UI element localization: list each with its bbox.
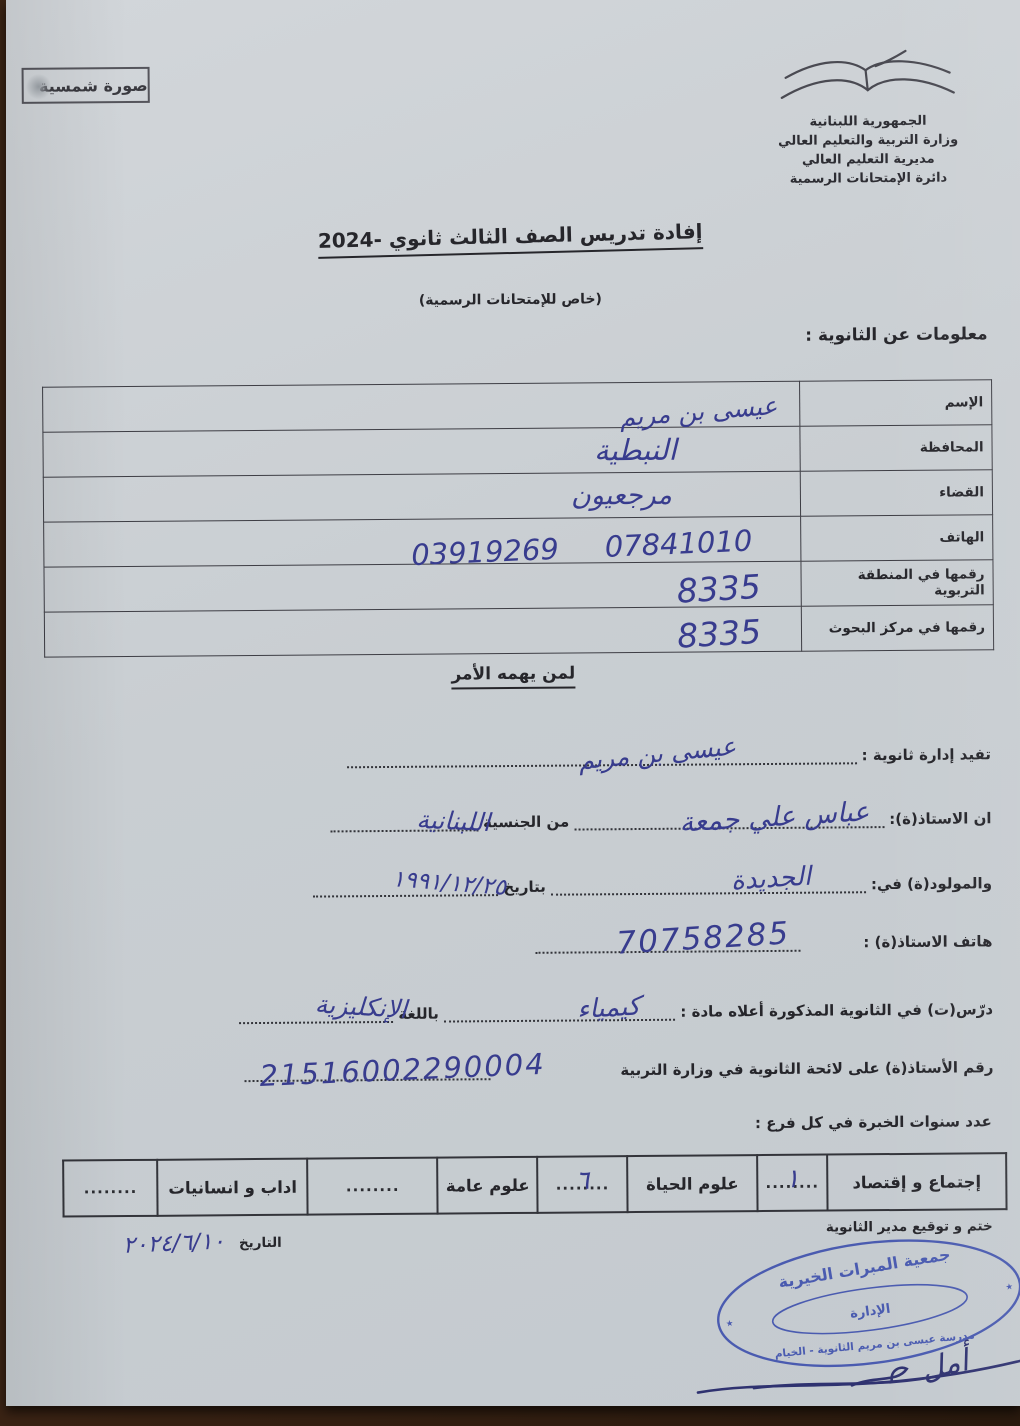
handwritten-language: الإنكليزية xyxy=(314,989,408,1024)
letterhead-line-republic: الجمهورية اللبنانية xyxy=(742,112,994,133)
open-book-logo-icon xyxy=(777,46,957,111)
dotted-line: كيمياء xyxy=(444,1015,675,1023)
branch-value-cell: ........ ١ xyxy=(757,1155,827,1212)
dotted-line: الجديدة xyxy=(551,887,866,895)
stamp-administration: الإدارة xyxy=(849,1302,891,1322)
principal-signature: أمل xyxy=(691,1324,1020,1422)
handwritten-governorate: النبطية xyxy=(51,432,791,472)
branch-label-life-sciences: علوم الحياة xyxy=(627,1155,758,1212)
teacher-phone-label: هاتف الاستاذ(ة) : xyxy=(863,933,992,951)
table-row: المحافظة النبطية xyxy=(43,425,992,477)
table-row: رقمها في المنطقة التربوية 8335 xyxy=(44,560,993,612)
registry-number-label: رقم الأستاذ(ة) على لائحة الثانوية في وزا… xyxy=(620,1059,993,1079)
school-info-table: الإسم عيسى بن مريم المحافظة النبطية القض… xyxy=(42,379,994,657)
table-row: إجتماع و إقتصاد ........ ١ علوم الحياة .… xyxy=(63,1153,1006,1216)
field-label-district: القضاء xyxy=(800,470,992,517)
paper-smudge xyxy=(26,74,52,100)
signature-flourish-stroke xyxy=(698,1360,1020,1393)
dotted-line: ١٩٩١/١٢/٢٥ xyxy=(313,890,498,897)
branch-value-cell: ........ xyxy=(63,1160,158,1217)
dotted-line: 70758285 xyxy=(535,946,800,954)
experience-heading: عدد سنوات الخبرة في كل فرع : xyxy=(755,1112,992,1132)
document-subtitle: (خاص للإمتحانات الرسمية) xyxy=(3,288,1017,312)
born-in-label: والمولود(ة) في: xyxy=(871,875,992,893)
photo-placeholder-box: صورة شمسية xyxy=(22,67,150,104)
field-label-governorate: المحافظة xyxy=(800,425,992,472)
experience-table: إجتماع و إقتصاد ........ ١ علوم الحياة .… xyxy=(62,1152,1007,1217)
handwritten-birthplace: الجديدة xyxy=(730,862,812,897)
school-admin-label: تفيد إدارة ثانوية : xyxy=(862,746,992,764)
statement-row-birth: والمولود(ة) في: الجديدة بتاريخ ١٩٩١/١٢/٢… xyxy=(308,862,992,897)
letterhead-line-ministry: وزارة التربية والتعليم العالي xyxy=(742,131,994,152)
branch-value-cell: ........ xyxy=(307,1158,438,1215)
photographed-document: صورة شمسية الجمهورية اللبنانية وزارة الت… xyxy=(0,0,1020,1426)
statement-row-school-admin: تفيد إدارة ثانوية : عيسى بن مريم xyxy=(342,733,991,768)
school-info-heading: معلومات عن الثانوية : xyxy=(805,324,988,345)
handwritten-birthdate: ١٩٩١/١٢/٢٥ xyxy=(391,866,507,901)
statement-row-subject: درّس(ت) في الثانوية المذكورة أعلاه مادة … xyxy=(234,988,993,1024)
letterhead-line-directorate: مديرية التعليم العالي xyxy=(742,150,994,171)
printed-dots: ........ xyxy=(346,1177,400,1195)
ministry-letterhead: الجمهورية اللبنانية وزارة التربية والتعل… xyxy=(741,46,994,189)
statement-row-teacher: ان الاستاذ(ة): عباس علي جمعة من الجنسية … xyxy=(325,797,991,832)
handwritten-teacher-phone: 70758285 xyxy=(616,915,792,961)
table-row: الهاتف 07841010 03919269 xyxy=(44,515,993,567)
handwritten-nationality: اللبنانية xyxy=(416,805,491,837)
handwritten-signature-name: أمل xyxy=(917,1339,977,1387)
letterhead-line-exams-dept: دائرة الإمتحانات الرسمية xyxy=(742,169,994,190)
dotted-line: 21516002290004 xyxy=(244,1074,490,1082)
branch-label-general-sciences: علوم عامة xyxy=(438,1157,538,1214)
document-title: إفادة تدريس الصف الثالث ثانوي -2024 xyxy=(317,219,702,259)
field-label-research-number: رقمها في مركز البحوث xyxy=(801,605,993,652)
nationality-label: من الجنسية xyxy=(483,813,569,831)
birthdate-label: بتاريخ xyxy=(503,879,546,897)
teacher-label: ان الاستاذ(ة): xyxy=(889,810,991,828)
field-label-name: الإسم xyxy=(800,380,992,427)
handwritten-district: مرجعيون xyxy=(52,478,792,515)
printed-dots: ........ xyxy=(84,1179,138,1197)
subject-label: درّس(ت) في الثانوية المذكورة أعلاه مادة … xyxy=(680,1001,993,1021)
dotted-line: عيسى بن مريم xyxy=(347,758,857,768)
handwritten-teacher-name: عباس علي جمعة xyxy=(678,796,869,838)
handwritten-years-life-sciences: ٦ xyxy=(575,1166,589,1196)
table-row: القضاء مرجعيون xyxy=(43,470,992,522)
date-row: التاريخ ٢٠٢٤/٦/١٠ xyxy=(47,1230,282,1258)
dotted-line: الإنكليزية xyxy=(239,1017,393,1024)
table-row: الإسم عيسى بن مريم xyxy=(43,380,992,432)
statement-row-registry-number: رقم الأستاذ(ة) على لائحة الثانوية في وزا… xyxy=(239,1046,993,1082)
photo-box-label: صورة شمسية xyxy=(39,75,148,95)
date-label: التاريخ xyxy=(239,1235,282,1251)
handwritten-date: ٢٠٢٤/٦/١٠ xyxy=(122,1229,225,1259)
dotted-line: عباس علي جمعة xyxy=(574,822,884,830)
to-whom-it-may-concern-heading: لمن يهمه الأمر xyxy=(451,664,575,690)
field-label-zone-number: رقمها في المنطقة التربوية xyxy=(801,560,993,607)
stamp-star-right: ٭ xyxy=(1004,1278,1014,1295)
handwritten-school-admin-name: عيسى بن مريم xyxy=(577,731,737,775)
signature-flourish-stroke xyxy=(754,1375,944,1388)
field-label-phone: الهاتف xyxy=(801,515,993,562)
branch-value-cell: ........ ٦ xyxy=(537,1156,627,1213)
handwritten-registry-number: 21516002290004 xyxy=(258,1047,546,1093)
handwritten-years-sociology: ١ xyxy=(785,1164,799,1194)
table-row: رقمها في مركز البحوث 8335 xyxy=(44,605,993,657)
dotted-line: اللبنانية xyxy=(331,825,479,832)
branch-label-sociology-economics: إجتماع و إقتصاد xyxy=(827,1153,1007,1210)
paper-sheet: صورة شمسية الجمهورية اللبنانية وزارة الت… xyxy=(6,0,1020,1406)
branch-label-arts-humanities: اداب و انسانيات xyxy=(157,1159,307,1216)
handwritten-subject: كيمياء xyxy=(576,991,641,1025)
statement-row-teacher-phone: هاتف الاستاذ(ة) : 70758285 xyxy=(208,920,992,956)
